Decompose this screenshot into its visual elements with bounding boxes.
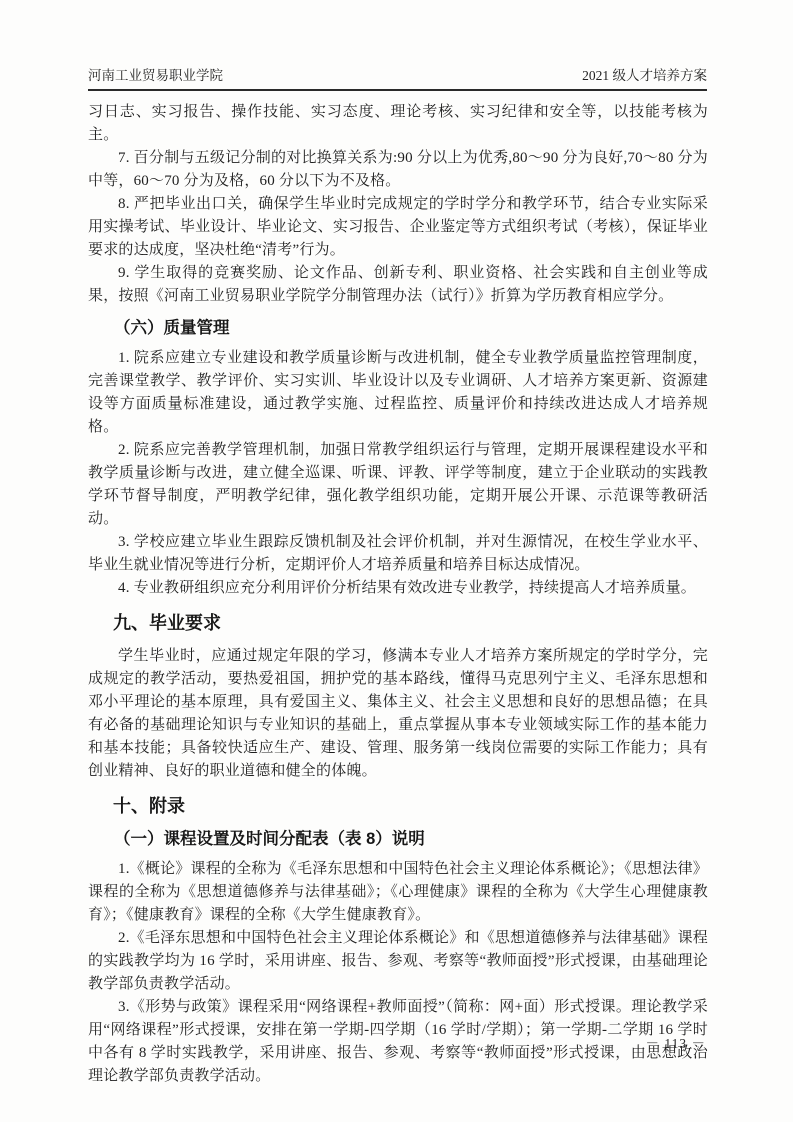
paragraph: 8. 严把毕业出口关，确保学生毕业时完成规定的学时学分和教学环节，结合专业实际采… — [88, 193, 708, 262]
paragraph: 学生毕业时，应通过规定年限的学习，修满本专业人才培养方案所规定的学时学分，完成规… — [88, 645, 708, 783]
paragraph: 2. 院系应完善教学管理机制，加强日常教学组织运行与管理，定期开展课程建设水平和… — [88, 439, 708, 531]
section-heading: （六）质量管理 — [88, 317, 708, 340]
paragraph: 1. 院系应建立专业建设和教学质量诊断与改进机制，健全专业教学质量监控管理制度，… — [88, 347, 708, 439]
continuation-paragraph: 习日志、实习报告、操作技能、实习态度、理论考核、实习纪律和安全等，以技能考核为主… — [88, 101, 708, 147]
header-doc-title: 2021 级人才培养方案 — [582, 66, 707, 86]
paragraph: 3. 学校应建立毕业生跟踪反馈机制及社会评价机制，并对生源情况，在校生学业水平、… — [88, 531, 708, 577]
chapter-heading: 十、附录 — [88, 794, 708, 818]
page-number: － 113 － — [646, 1036, 707, 1051]
page-header: 河南工业贸易职业学院 2021 级人才培养方案 — [88, 66, 707, 91]
paragraph: 7. 百分制与五级记分制的对比换算关系为:90 分以上为优秀,80～90 分为良… — [88, 147, 708, 193]
section-heading: （一）课程设置及时间分配表（表 8）说明 — [88, 828, 708, 851]
document-page: 河南工业贸易职业学院 2021 级人才培养方案 习日志、实习报告、操作技能、实习… — [0, 0, 793, 1122]
paragraph: 4. 专业教研组织应充分利用评价分析结果有效改进专业教学，持续提高人才培养质量。 — [88, 577, 708, 600]
paragraph: 1.《概论》课程的全称为《毛泽东思想和中国特色社会主义理论体系概论》；《思想法律… — [88, 858, 708, 927]
page-footer: － 113 － — [88, 1032, 706, 1052]
chapter-heading: 九、毕业要求 — [88, 611, 708, 635]
paragraph: 2.《毛泽东思想和中国特色社会主义理论体系概论》和《思想道德修养与法律基础》课程… — [88, 927, 708, 996]
paragraph: 9. 学生取得的竞赛奖励、论文作品、创新专利、职业资格、社会实践和自主创业等成果… — [88, 262, 708, 308]
document-body: 习日志、实习报告、操作技能、实习态度、理论考核、实习纪律和安全等，以技能考核为主… — [88, 101, 708, 1088]
header-school-name: 河南工业贸易职业学院 — [88, 66, 223, 86]
